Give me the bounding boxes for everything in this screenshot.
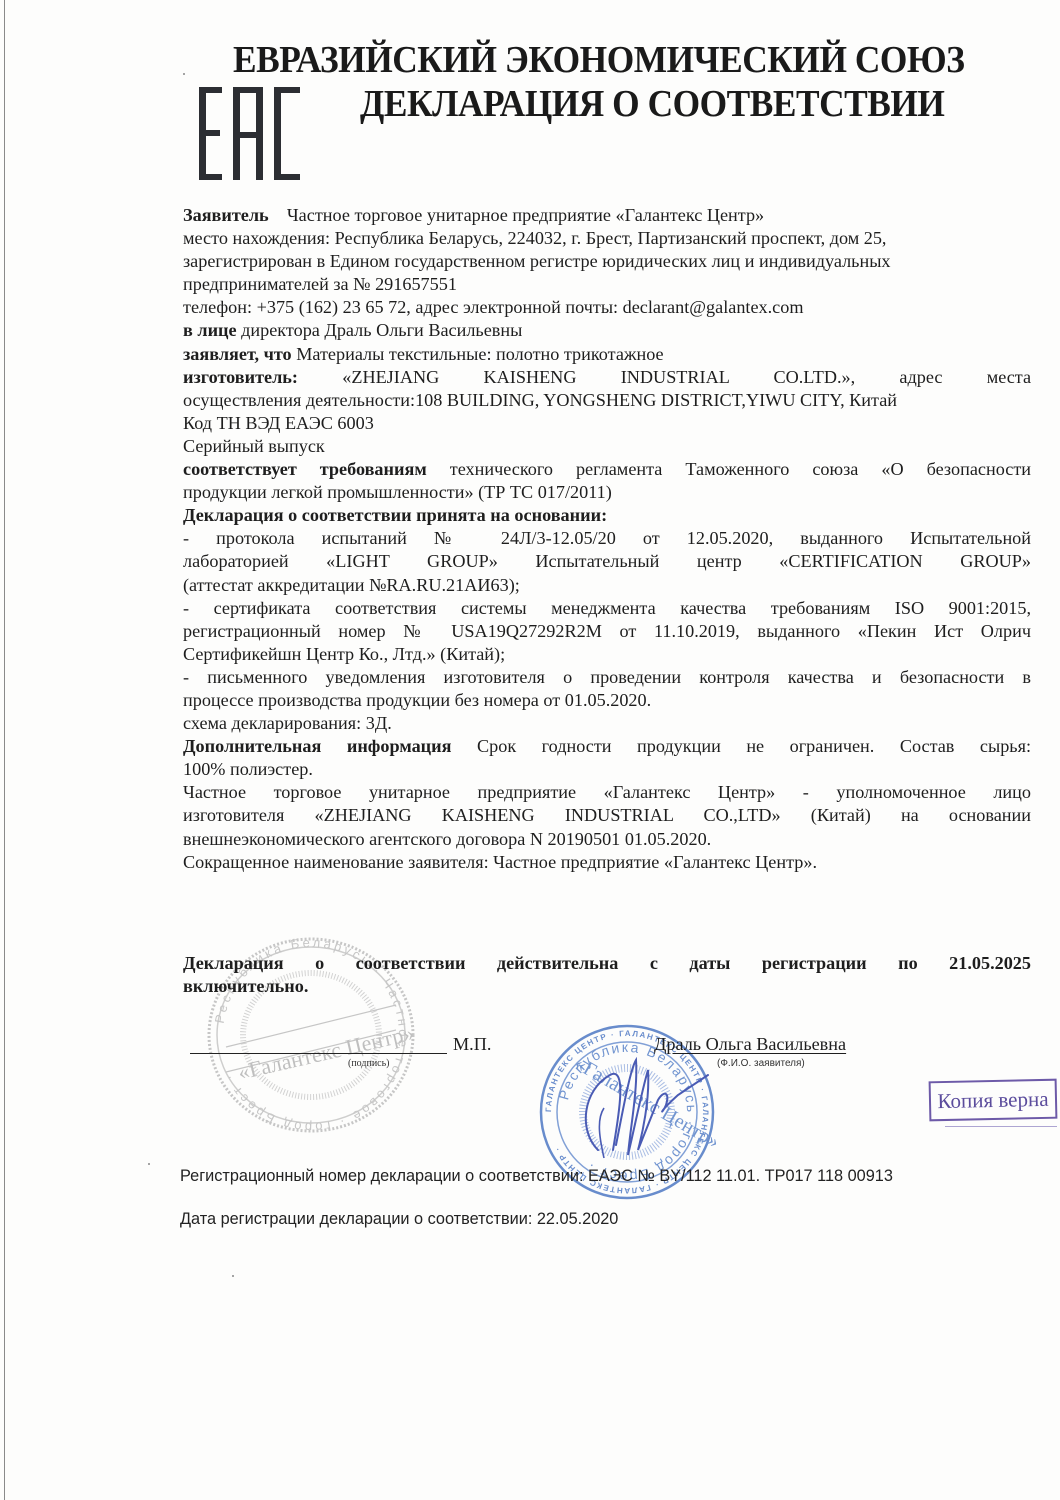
basis-heading-text: Декларация о соответствии принята на осн… [183, 505, 607, 525]
registration-number: Регистрационный номер декларации о соотв… [180, 1167, 893, 1186]
word: места [987, 367, 1031, 387]
declaration-body: Заявитель Частное торговое унитарное пре… [183, 204, 1031, 874]
basis-item-1-line-2: лабораторией «LIGHT GROUP» Испытательный… [183, 550, 1031, 573]
basis-item-2-line-1: - сертификата соответствия системы менед… [183, 597, 1031, 620]
compliance-line-2: продукции легкой промышленности» (ТР ТС … [183, 481, 1031, 504]
agent-line-3: внешнеэкономического агентского договора… [183, 828, 1031, 851]
title-union: ЕВРАЗИЙСКИЙ ЭКОНОМИЧЕСКИЙ СОЮЗ [233, 38, 964, 82]
basis-item-1-line-1: - протокола испытаний № 24Л/3-12.05/20 о… [183, 527, 1031, 550]
signer-name: Драль Ольга Васильевна [654, 1034, 846, 1055]
manufacturer-line-1: изготовитель: «ZHEJIANG KAISHENG INDUSTR… [183, 366, 1031, 389]
signer-caption: (Ф.И.О. заявителя) [717, 1058, 805, 1069]
agent-line-2: изготовителя «ZHEJIANG KAISHENG INDUSTRI… [183, 804, 1031, 827]
basis-item-2-line-3: Сертификейшн Центр Ко., Лтд.» (Китай); [183, 643, 1031, 666]
svg-text:«Галантекс Центр»: «Галантекс Центр» [571, 1052, 716, 1153]
signature-line [190, 1053, 447, 1054]
represented-line: в лице директора Драль Ольги Васильевны [183, 319, 1031, 342]
hs-code: Код ТН ВЭД ЕАЭС 6003 [183, 412, 1031, 435]
represented-by: директора Драль Ольги Васильевны [241, 320, 522, 340]
validity-line-2: включительно. [183, 975, 1031, 998]
applicant-registry-2: предпринимателей за № 291657551 [183, 273, 1031, 296]
basis-item-3-line-1: - письменного уведомления изготовителя о… [183, 666, 1031, 689]
validity-line-1: Декларация о соответствии действительна … [183, 952, 1031, 975]
copy-stamp-underline [945, 1126, 1057, 1127]
registration-date: Дата регистрации декларации о соответств… [180, 1210, 618, 1229]
applicant-label: Заявитель [183, 205, 269, 225]
applicant-line: Заявитель Частное торговое унитарное пре… [183, 204, 1031, 227]
manufacturer-label: изготовитель: [183, 367, 298, 387]
basis-heading: Декларация о соответствии принята на осн… [183, 504, 1031, 527]
scan-speck [183, 73, 185, 75]
word: адрес [899, 367, 942, 387]
applicant-address: место нахождения: Республика Беларусь, 2… [183, 227, 1031, 250]
additional-text: Срок годности продукции не ограничен. Со… [477, 736, 1031, 756]
signature-caption: (подпись) [348, 1058, 390, 1069]
scan-edge-line [4, 0, 5, 1500]
word: «ZHEJIANG [342, 367, 439, 387]
copy-certified-stamp: Копия верна [929, 1079, 1058, 1122]
production-type: Серийный выпуск [183, 435, 1031, 458]
manufacturer-line-2: осуществления деятельности:108 BUILDING,… [183, 389, 1031, 412]
applicant-contacts: телефон: +375 (162) 23 65 72, адрес элек… [183, 296, 1031, 319]
compliance-line-1: соответствует требованиям технического р… [183, 458, 1031, 481]
short-name: Сокращенное наименование заявителя: Част… [183, 851, 1031, 874]
applicant-registry-1: зарегистрирован в Едином государственном… [183, 250, 1031, 273]
title-declaration: ДЕКЛАРАЦИЯ О СООТВЕТСТВИИ [360, 82, 944, 126]
additional-label: Дополнительная информация [183, 736, 451, 756]
declaration-scheme: схема декларирования: 3Д. [183, 712, 1031, 735]
product-name: Материалы текстильные: полотно трикотажн… [296, 344, 663, 364]
scan-speck [232, 1275, 234, 1277]
agent-line-1: Частное торговое унитарное предприятие «… [183, 781, 1031, 804]
word: CO.LTD.», [773, 367, 855, 387]
compliance-label: соответствует требованиям [183, 459, 427, 479]
validity-statement: Декларация о соответствии действительна … [183, 952, 1031, 998]
represented-label: в лице [183, 320, 237, 340]
basis-item-2-line-2: регистрационный номер № USA19Q27292R2M о… [183, 620, 1031, 643]
additional-line-1: Дополнительная информация Срок годности … [183, 735, 1031, 758]
seal-place-mark: М.П. [453, 1034, 491, 1055]
word: INDUSTRIAL [621, 367, 729, 387]
applicant-name: Частное торговое унитарное предприятие «… [287, 205, 764, 225]
word: KAISHENG [484, 367, 577, 387]
scan-speck [148, 1163, 150, 1165]
compliance-text: технического регламента Таможенного союз… [450, 459, 1031, 479]
eac-mark-icon [199, 87, 300, 180]
basis-item-1-line-3: (аттестат аккредитации №RA.RU.21АИ63); [183, 574, 1031, 597]
declares-label: заявляет, что [183, 344, 292, 364]
svg-text:Республика Беларусь · город Бр: Республика Беларусь · город Брест · [555, 1039, 700, 1185]
declares-line: заявляет, что Материалы текстильные: пол… [183, 343, 1031, 366]
basis-item-3-line-2: процессе производства продукции без номе… [183, 689, 1031, 712]
additional-line-2: 100% полиэстер. [183, 758, 1031, 781]
